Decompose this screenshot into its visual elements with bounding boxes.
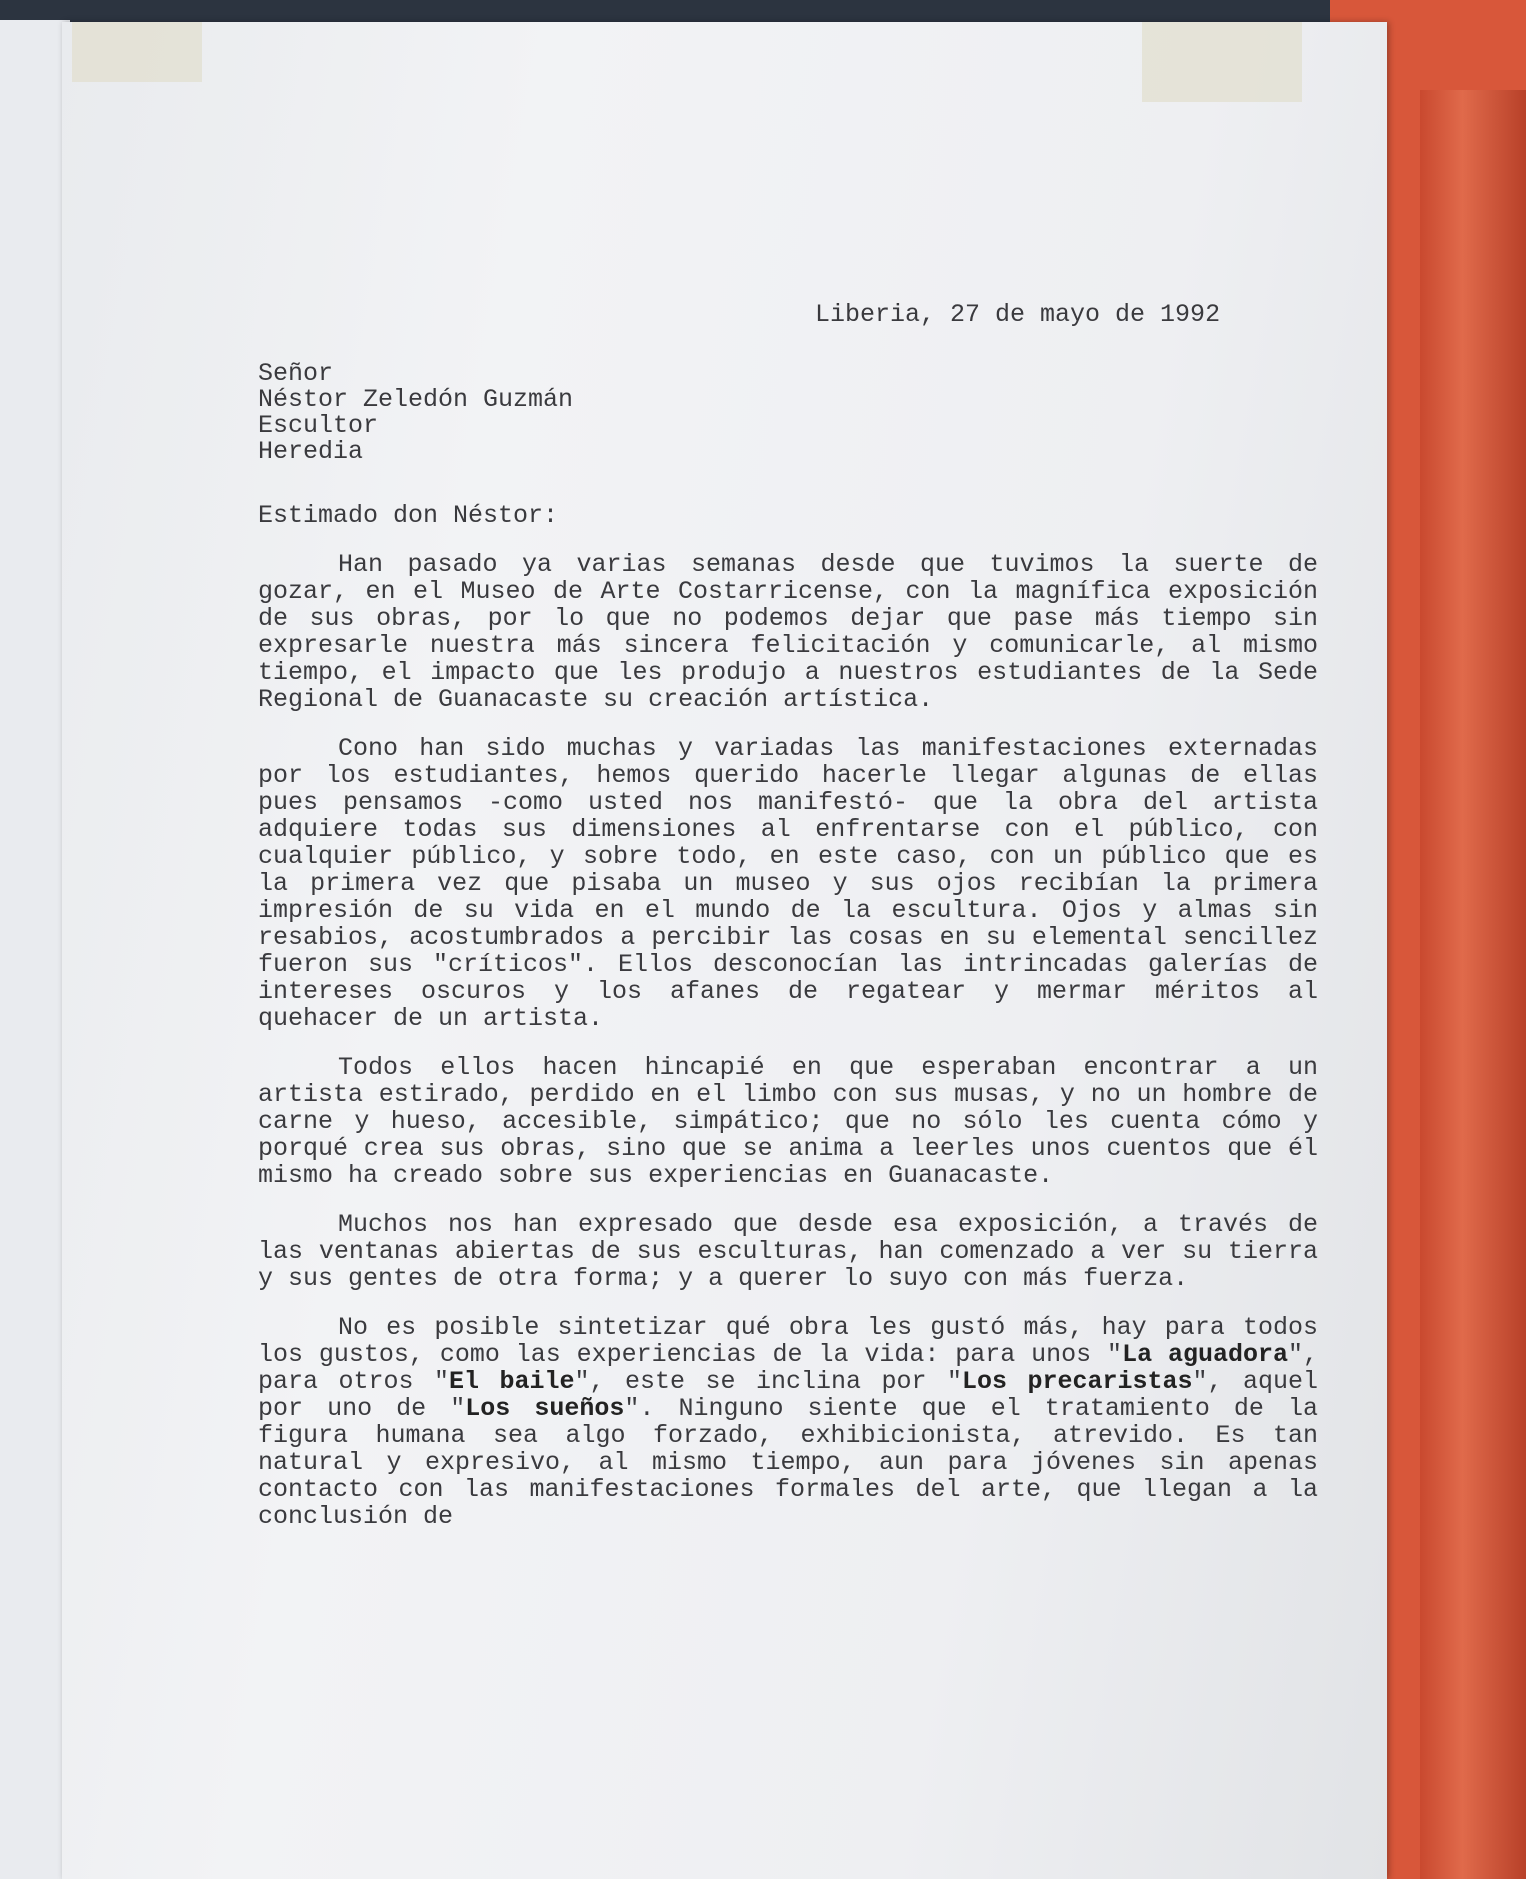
recipient-line: Señor <box>258 360 1318 386</box>
text: ", este se inclina por " <box>575 1367 962 1396</box>
tape <box>72 22 202 82</box>
letter-body: Señor Néstor Zeledón Guzmán Escultor Her… <box>258 290 1318 1530</box>
artwork-title: Los sueños <box>465 1394 624 1423</box>
left-page <box>0 20 70 1879</box>
paragraph-last: No es posible sintetizar qué obra les gu… <box>258 1314 1318 1530</box>
paragraph: Todos ellos hacen hincapié en que espera… <box>258 1054 1318 1189</box>
folder-edge <box>1420 90 1526 1879</box>
artwork-title: La aguadora <box>1122 1340 1288 1369</box>
recipient-line: Escultor <box>258 412 1318 438</box>
recipient-line: Heredia <box>258 438 1318 464</box>
recipient-block: Señor Néstor Zeledón Guzmán Escultor Her… <box>258 360 1318 464</box>
paragraph: Han pasado ya varias semanas desde que t… <box>258 551 1318 713</box>
paragraph: Cono han sido muchas y variadas las mani… <box>258 735 1318 1032</box>
paragraph: Muchos nos han expresado que desde esa e… <box>258 1211 1318 1292</box>
tape <box>1142 22 1302 102</box>
artwork-title: El baile <box>449 1367 575 1396</box>
artwork-title: Los precaristas <box>962 1367 1193 1396</box>
recipient-line: Néstor Zeledón Guzmán <box>258 386 1318 412</box>
greeting: Estimado don Néstor: <box>258 502 1318 529</box>
